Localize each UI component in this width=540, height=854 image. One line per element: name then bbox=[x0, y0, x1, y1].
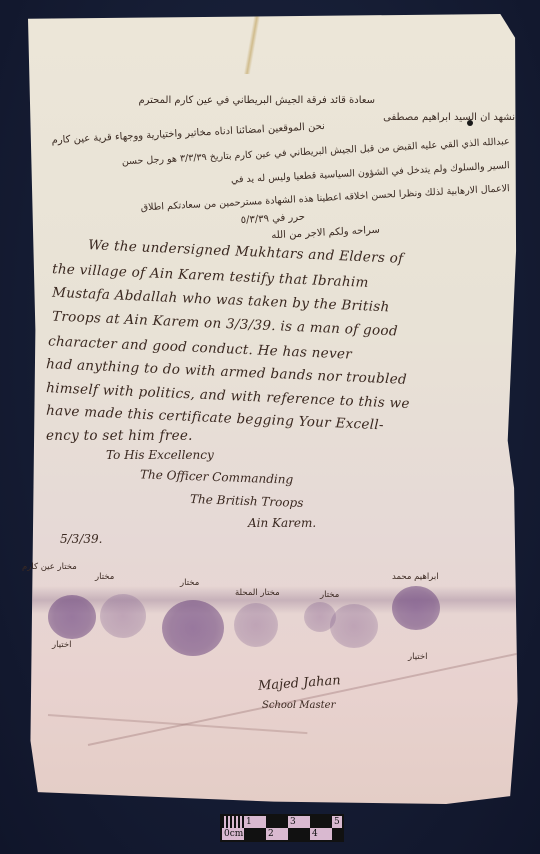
seal-stamp bbox=[392, 586, 440, 630]
paper-tear bbox=[238, 14, 268, 74]
signature-title: School Master bbox=[262, 700, 335, 711]
paper-crease bbox=[88, 648, 538, 746]
english-line-9: ency to set him free. bbox=[46, 428, 193, 444]
seal-stamp bbox=[162, 600, 224, 656]
seal-stamp bbox=[100, 594, 146, 638]
signature-label: مختار bbox=[320, 590, 339, 600]
arabic-line-1: نشهد ان السيد ابراهيم مصطفى bbox=[330, 112, 515, 123]
scale-bar: 1 3 5 0cm 2 4 bbox=[220, 814, 344, 842]
seal-stamp bbox=[48, 595, 96, 639]
scale-label: 3 bbox=[288, 816, 310, 828]
signature-label: مختار المحلة bbox=[235, 588, 280, 598]
arabic-heading: سعادة قائد فرقة الجيش البريطاني في عين ك… bbox=[220, 95, 375, 106]
signature-label: مختار bbox=[180, 578, 199, 588]
address-line-4: Ain Karem. bbox=[248, 516, 316, 530]
scale-label: 4 bbox=[310, 828, 332, 840]
seal-stamp bbox=[330, 604, 378, 648]
signature-label: اختيار bbox=[408, 652, 427, 662]
scale-label: 2 bbox=[266, 828, 288, 840]
scale-ticks bbox=[222, 816, 244, 828]
scale-label: 5 bbox=[332, 816, 342, 828]
scale-unit: 0cm bbox=[222, 828, 244, 840]
signature-label: مختار عين كارم bbox=[22, 562, 77, 572]
seal-stamp bbox=[234, 603, 278, 647]
document-date: 5/3/39. bbox=[60, 532, 102, 546]
address-line-1: To His Excellency bbox=[106, 448, 214, 462]
paper-crease bbox=[48, 714, 308, 734]
signature-label: اختيار bbox=[52, 640, 71, 650]
signature-label: ابراهيم محمد bbox=[392, 572, 439, 582]
scale-label: 1 bbox=[244, 816, 266, 828]
signature-label: مختار bbox=[95, 572, 114, 582]
